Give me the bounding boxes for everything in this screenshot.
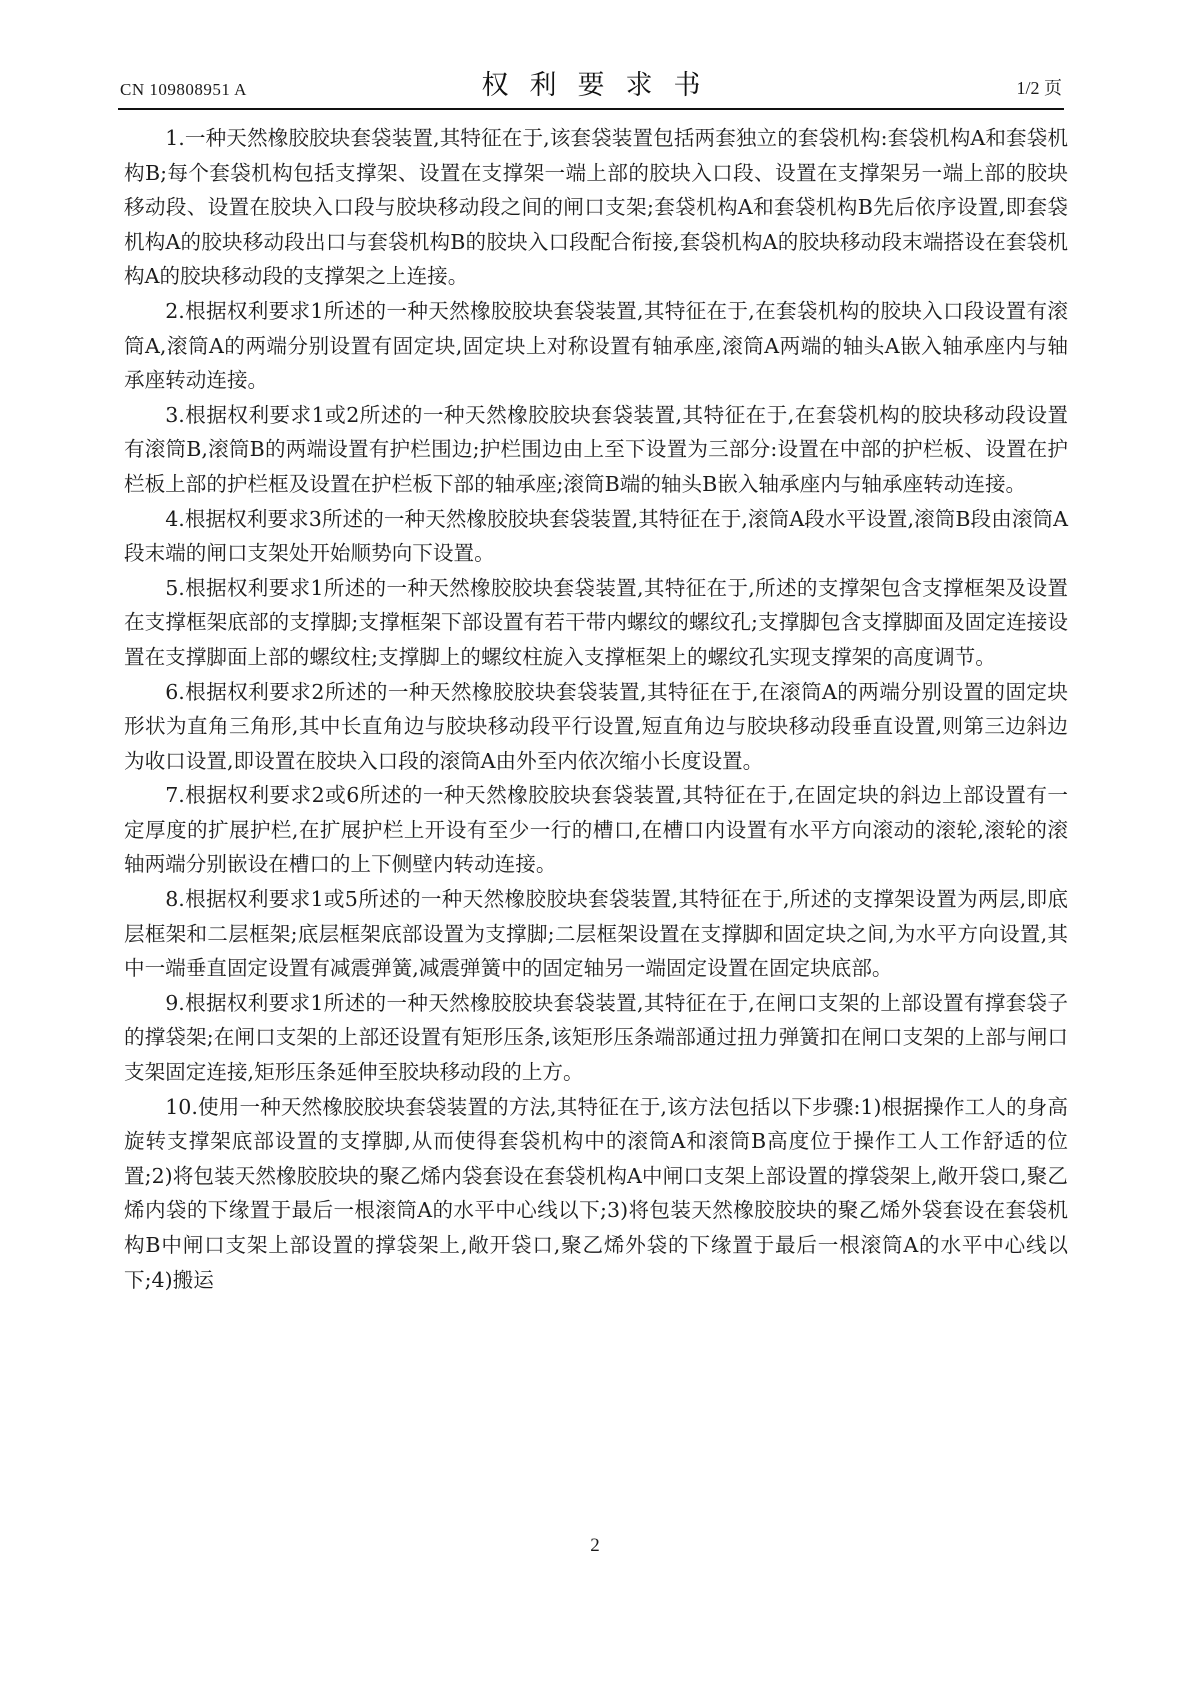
- claim-3: 3.根据权利要求1或2所述的一种天然橡胶胶块套袋装置,其特征在于,在套袋机构的胶…: [124, 398, 1068, 502]
- claim-6: 6.根据权利要求2所述的一种天然橡胶胶块套袋装置,其特征在于,在滚筒A的两端分别…: [124, 675, 1068, 779]
- claim-10: 10.使用一种天然橡胶胶块套袋装置的方法,其特征在于,该方法包括以下步骤:1)根…: [124, 1090, 1068, 1298]
- document-header: CN 109808951 A 权利要求书 1/2 页: [118, 62, 1064, 110]
- claim-7: 7.根据权利要求2或6所述的一种天然橡胶胶块套袋装置,其特征在于,在固定块的斜边…: [124, 778, 1068, 882]
- page-indicator: 1/2 页: [1016, 74, 1062, 100]
- claim-5: 5.根据权利要求1所述的一种天然橡胶胶块套袋装置,其特征在于,所述的支撑架包含支…: [124, 571, 1068, 675]
- claim-4: 4.根据权利要求3所述的一种天然橡胶胶块套袋装置,其特征在于,滚筒A段水平设置,…: [124, 502, 1068, 571]
- claims-body: 1.一种天然橡胶胶块套袋装置,其特征在于,该套袋装置包括两套独立的套袋机构:套袋…: [124, 121, 1068, 1297]
- footer-page-number: 2: [0, 1535, 1190, 1557]
- claim-1: 1.一种天然橡胶胶块套袋装置,其特征在于,该套袋装置包括两套独立的套袋机构:套袋…: [124, 121, 1068, 294]
- claim-8: 8.根据权利要求1或5所述的一种天然橡胶胶块套袋装置,其特征在于,所述的支撑架设…: [124, 882, 1068, 986]
- claim-9: 9.根据权利要求1所述的一种天然橡胶胶块套袋装置,其特征在于,在闸口支架的上部设…: [124, 986, 1068, 1090]
- claim-2: 2.根据权利要求1所述的一种天然橡胶胶块套袋装置,其特征在于,在套袋机构的胶块入…: [124, 294, 1068, 398]
- document-title: 权利要求书: [118, 63, 1064, 102]
